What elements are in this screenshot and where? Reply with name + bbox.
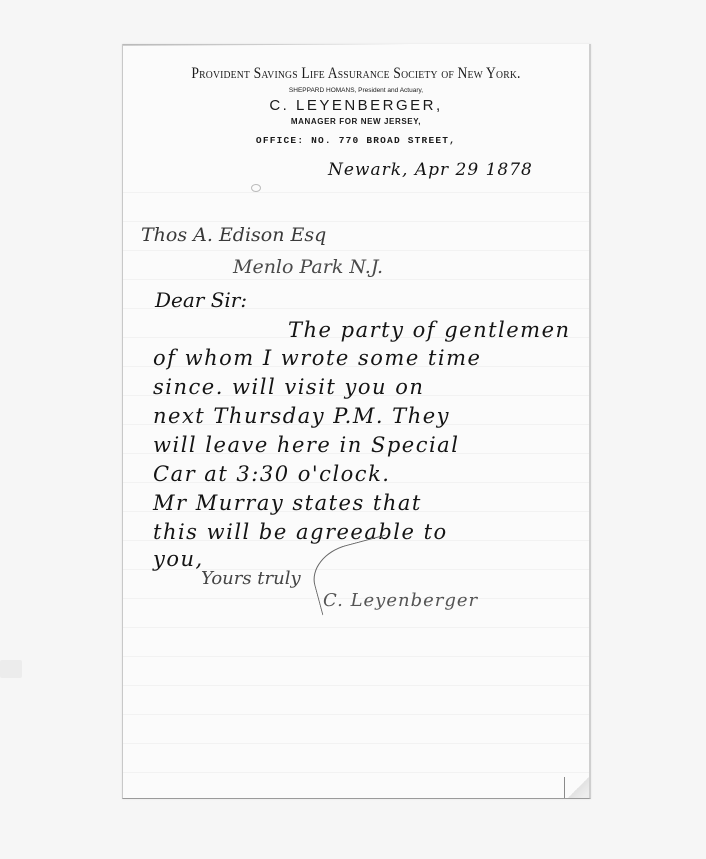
body-line: of whom I wrote some time — [153, 346, 481, 370]
letterhead-president: SHEPPARD HOMANS, President and Actuary, — [123, 85, 589, 97]
dateline: Newark, Apr 29 1878 — [328, 160, 533, 180]
closing: Yours truly — [201, 568, 301, 589]
scan-artifact — [0, 660, 22, 678]
recipient-location: Menlo Park N.J. — [233, 256, 383, 278]
letterhead-office-address: OFFICE: NO. 770 BROAD STREET, — [123, 131, 589, 151]
ink-smudge — [251, 184, 261, 192]
recipient-name: Thos A. Edison Esq — [141, 224, 326, 246]
body-line: Mr Murray states that — [153, 491, 422, 515]
letterhead-company: Provident Savings Life Assurance Society… — [151, 64, 561, 84]
body-line: will leave here in Special — [153, 433, 459, 457]
body-line: The party of gentlemen — [288, 318, 571, 342]
letter-sheet: Provident Savings Life Assurance Society… — [122, 44, 591, 799]
body-line: Car at 3:30 o'clock. — [153, 462, 390, 486]
letterhead-manager-title: MANAGER FOR NEW JERSEY, — [123, 115, 589, 129]
letterhead-manager-name: C. LEYENBERGER, — [123, 97, 589, 115]
body-line: you, — [153, 547, 204, 571]
body-line: next Thursday P.M. They — [153, 404, 450, 428]
body-line: this will be agreeable to — [153, 520, 448, 544]
signature: C. Leyenberger — [323, 590, 478, 611]
scan-canvas: Provident Savings Life Assurance Society… — [0, 0, 706, 859]
letterhead: Provident Savings Life Assurance Society… — [123, 64, 589, 151]
paper-top-edge — [123, 44, 589, 46]
folded-corner — [564, 777, 591, 799]
body-line: since. will visit you on — [153, 375, 424, 399]
salutation: Dear Sir: — [155, 288, 247, 312]
